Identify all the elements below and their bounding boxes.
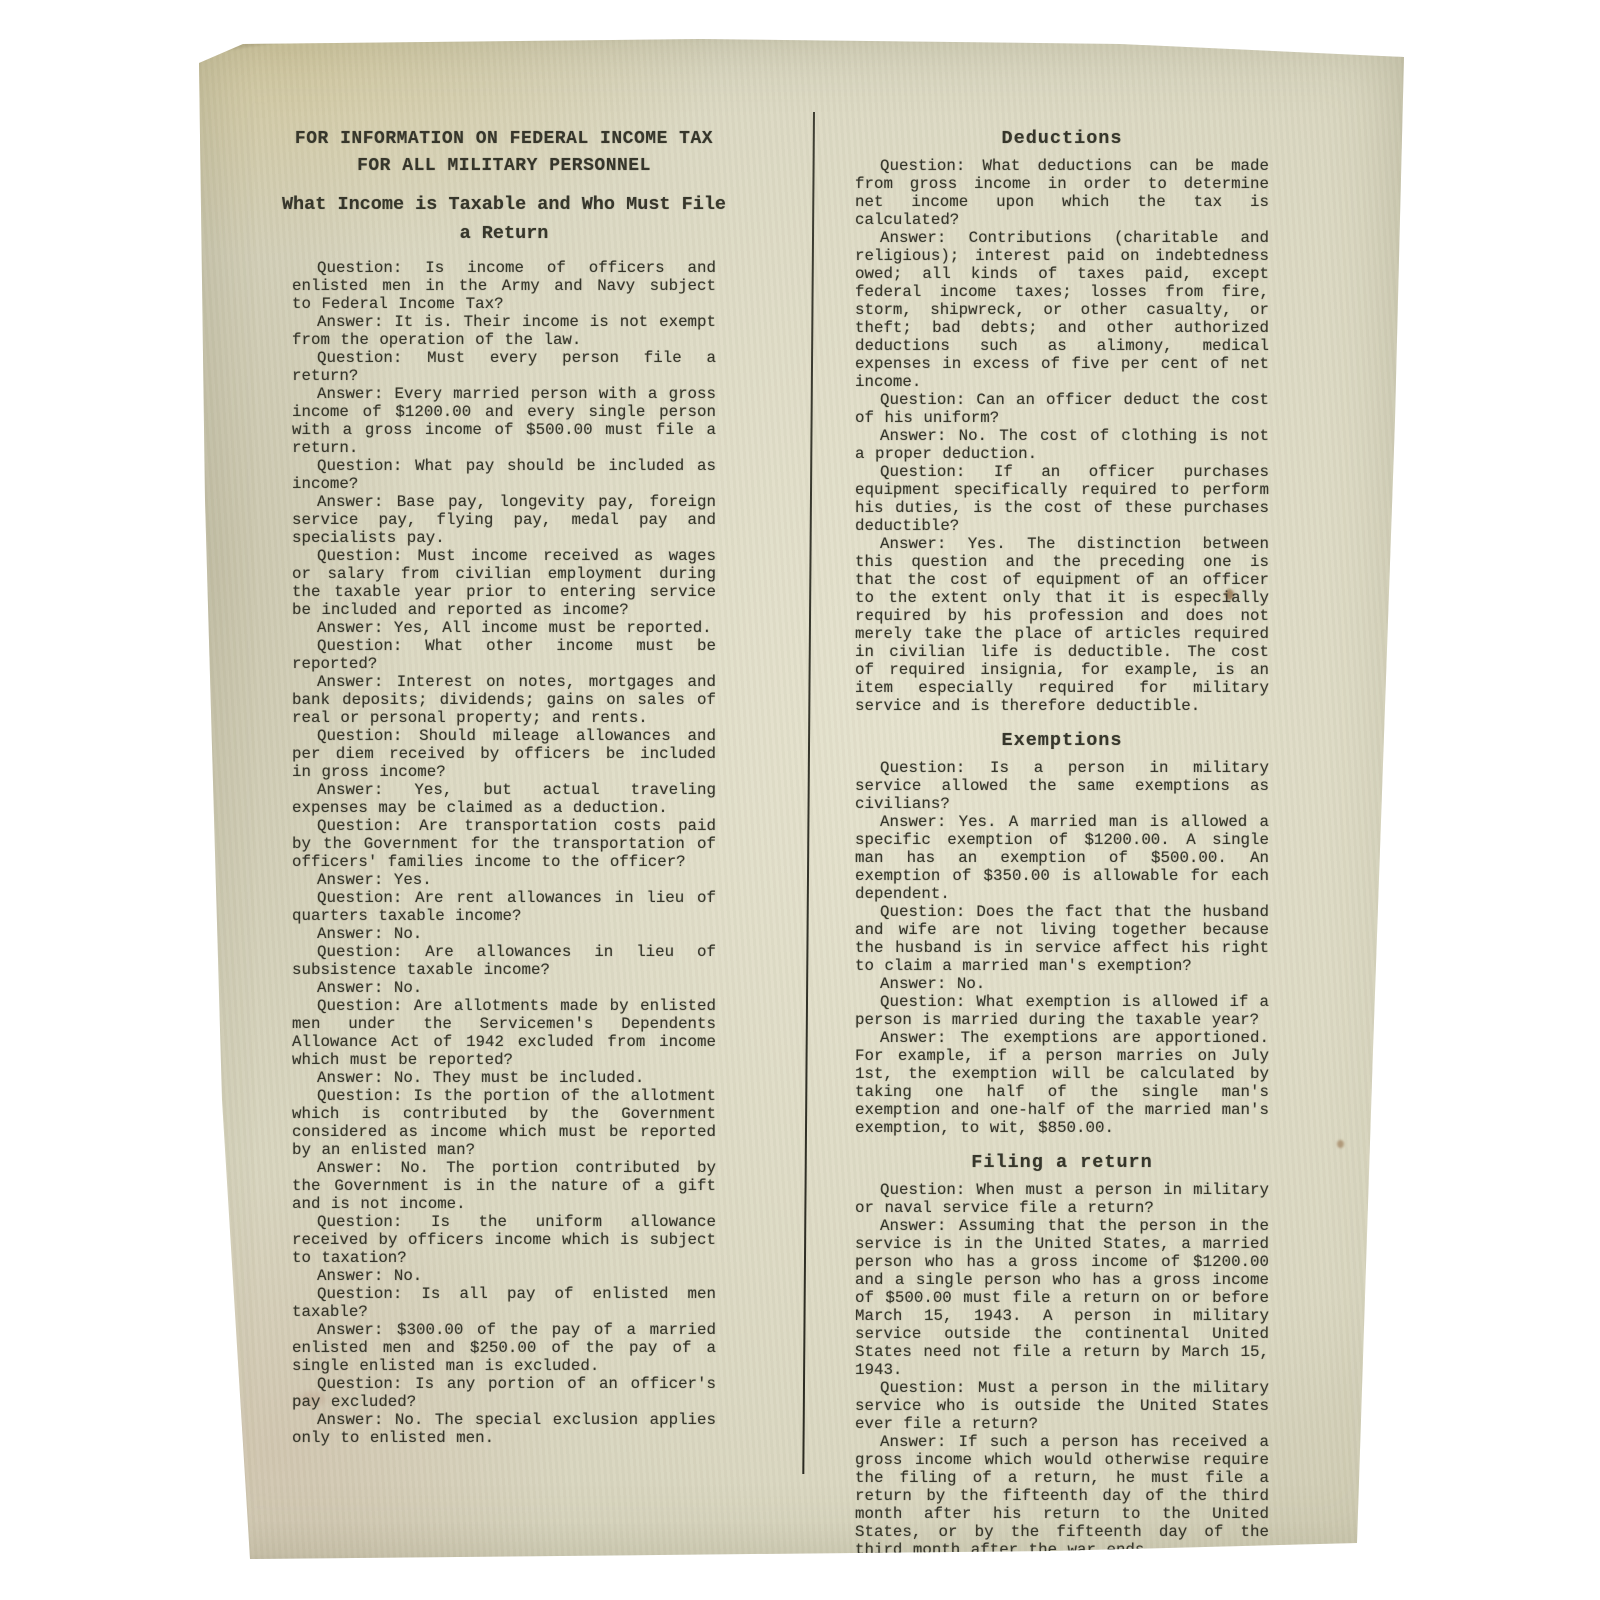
title-line: FOR INFORMATION ON FEDERAL INCOME TAX [292, 126, 716, 153]
qa-paragraph: Answer: No. [292, 979, 716, 997]
qa-paragraph: Question: Does the fact that the husband… [855, 903, 1269, 975]
section-heading: Deductions [855, 126, 1269, 152]
qa-paragraph: Answer: Yes. The distinction between thi… [855, 535, 1269, 715]
qa-paragraph: Question: Are allotments made by enliste… [292, 997, 716, 1069]
qa-paragraph: Question: Is all pay of enlisted men tax… [292, 1285, 716, 1321]
qa-paragraph: Question: What other income must be repo… [292, 637, 716, 673]
section-exemptions: Exemptions Question: Is a person in mili… [855, 728, 1269, 1137]
qa-paragraph: Answer: No. [855, 975, 1269, 993]
qa-paragraph: Question: Are rent allowances in lieu of… [292, 889, 716, 925]
qa-paragraph: Answer: No. [292, 925, 716, 943]
qa-paragraph: Answer: $300.00 of the pay of a married … [292, 1321, 716, 1375]
section-paragraphs: Question: What deductions can be made fr… [855, 157, 1269, 715]
qa-paragraph: Question: When must a person in military… [855, 1181, 1269, 1217]
qa-paragraph: Answer: The exemptions are apportioned. … [855, 1029, 1269, 1137]
section-paragraphs: Question: Is a person in military servic… [855, 759, 1269, 1137]
left-column-paragraphs: Question: Is income of officers and enli… [292, 259, 716, 1447]
qa-paragraph: Answer: No. [292, 1267, 716, 1285]
qa-paragraph: Answer: Interest on notes, mortgages and… [292, 673, 716, 727]
qa-paragraph: Question: What pay should be included as… [292, 457, 716, 493]
qa-paragraph: Question: Is the uniform allowance recei… [292, 1213, 716, 1267]
section-filing-a-return: Filing a return Question: When must a pe… [855, 1150, 1269, 1559]
section-heading: Filing a return [855, 1150, 1269, 1176]
document-subtitle: What Income is Taxable and Who Must File… [280, 190, 728, 248]
qa-paragraph: Question: Must every person file a retur… [292, 349, 716, 385]
qa-paragraph: Question: Is a person in military servic… [855, 759, 1269, 813]
qa-paragraph: Question: Is any portion of an officer's… [292, 1375, 716, 1411]
section-deductions: Deductions Question: What deductions can… [855, 126, 1269, 715]
qa-paragraph: Answer: No. The special exclusion applie… [292, 1411, 716, 1447]
qa-paragraph: Answer: Every married person with a gros… [292, 385, 716, 457]
section-paragraphs: Question: When must a person in military… [855, 1181, 1269, 1559]
document-content: FOR INFORMATION ON FEDERAL INCOME TAX FO… [0, 0, 1600, 1600]
left-column: FOR INFORMATION ON FEDERAL INCOME TAX FO… [292, 126, 716, 1447]
qa-paragraph: Answer: It is. Their income is not exemp… [292, 313, 716, 349]
document-title: FOR INFORMATION ON FEDERAL INCOME TAX FO… [292, 126, 716, 180]
qa-paragraph: Answer: No. They must be included. [292, 1069, 716, 1087]
right-column: Deductions Question: What deductions can… [855, 126, 1269, 1559]
qa-paragraph: Question: What deductions can be made fr… [855, 157, 1269, 229]
qa-paragraph: Answer: Yes. A married man is allowed a … [855, 813, 1269, 903]
qa-paragraph: Question: If an officer purchases equipm… [855, 463, 1269, 535]
qa-paragraph: Answer: Yes, but actual traveling expens… [292, 781, 716, 817]
qa-paragraph: Answer: No. The portion contributed by t… [292, 1159, 716, 1213]
qa-paragraph: Answer: Base pay, longevity pay, foreign… [292, 493, 716, 547]
document-paper: FOR INFORMATION ON FEDERAL INCOME TAX FO… [0, 0, 1600, 1600]
qa-paragraph: Question: Are allowances in lieu of subs… [292, 943, 716, 979]
qa-paragraph: Answer: If such a person has received a … [855, 1433, 1269, 1559]
qa-paragraph: Answer: Contributions (charitable and re… [855, 229, 1269, 391]
qa-paragraph: Answer: Yes, All income must be reported… [292, 619, 716, 637]
qa-paragraph: Question: Should mileage allowances and … [292, 727, 716, 781]
qa-paragraph: Question: Can an officer deduct the cost… [855, 391, 1269, 427]
photo-backdrop: FOR INFORMATION ON FEDERAL INCOME TAX FO… [0, 0, 1600, 1600]
qa-paragraph: Question: Is income of officers and enli… [292, 259, 716, 313]
qa-paragraph: Question: Must a person in the military … [855, 1379, 1269, 1433]
qa-paragraph: Question: What exemption is allowed if a… [855, 993, 1269, 1029]
qa-paragraph: Answer: Assuming that the person in the … [855, 1217, 1269, 1379]
qa-paragraph: Question: Is the portion of the allotmen… [292, 1087, 716, 1159]
qa-paragraph: Answer: No. The cost of clothing is not … [855, 427, 1269, 463]
subtitle-line: What Income is Taxable and Who Must File [280, 190, 728, 219]
subtitle-line: a Return [280, 219, 728, 248]
qa-paragraph: Question: Must income received as wages … [292, 547, 716, 619]
qa-paragraph: Answer: Yes. [292, 871, 716, 889]
section-heading: Exemptions [855, 728, 1269, 754]
column-divider-line [802, 112, 815, 1474]
title-line: FOR ALL MILITARY PERSONNEL [292, 153, 716, 180]
qa-paragraph: Question: Are transportation costs paid … [292, 817, 716, 871]
